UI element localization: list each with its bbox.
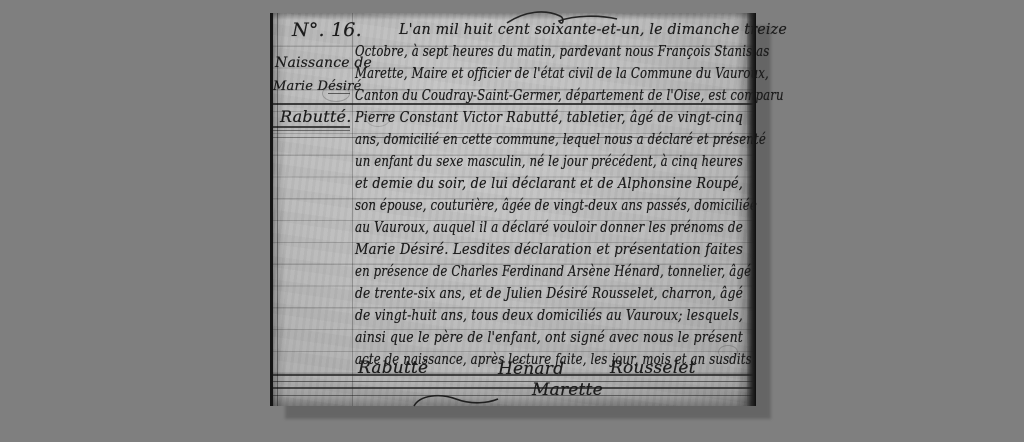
act-line: L'an mil huit cent soixante-et-un, le di… xyxy=(355,19,787,39)
signature-mayor: Marette xyxy=(532,380,603,400)
signature-witness1: Hénard xyxy=(498,359,564,379)
act-line: Octobre, à sept heures du matin, pardeva… xyxy=(355,41,743,61)
ruled-line xyxy=(270,381,756,382)
ruled-line xyxy=(270,395,756,396)
scan-background: N°. 16. Naissance de Marie Désiré Rabutt… xyxy=(0,0,1024,442)
margin-rule-line xyxy=(352,13,353,406)
margin-underline xyxy=(272,130,350,131)
cutoff-flourish xyxy=(410,393,500,407)
act-body: L'an mil huit cent soixante-et-un, le di… xyxy=(355,13,743,373)
act-line: Marie Désiré. Lesdites déclaration et pr… xyxy=(355,239,743,259)
ruled-line xyxy=(270,387,756,389)
act-line: de trente-six ans, et de Julien Désiré R… xyxy=(355,283,743,303)
act-line: au Vauroux, auquel il a déclaré vouloir … xyxy=(355,217,743,237)
binding-edge xyxy=(270,13,273,406)
act-line: ans, domicilié en cette commune, lequel … xyxy=(355,129,743,149)
act-line: Marette, Maire et officier de l'état civ… xyxy=(355,63,743,83)
page-right-edge xyxy=(747,13,756,406)
act-line: en présence de Charles Ferdinand Arsène … xyxy=(355,261,743,281)
act-line: Canton du Coudray-Saint-Germer, départem… xyxy=(355,85,743,105)
act-line: de vingt-huit ans, tous deux domiciliés … xyxy=(355,305,743,325)
act-line: et demie du soir, de lui déclarant et de… xyxy=(355,173,743,193)
ink-circle-doodle xyxy=(322,85,350,102)
register-page: N°. 16. Naissance de Marie Désiré Rabutt… xyxy=(270,13,756,406)
act-line: un enfant du sexe masculin, né le jour p… xyxy=(355,151,743,171)
ink-circle-doodle xyxy=(718,345,738,359)
act-line: Pierre Constant Victor Rabutté, tabletie… xyxy=(355,107,743,127)
margin-surname: Rabutté. xyxy=(280,107,352,126)
act-line: ainsi que le père de l'enfant, ont signé… xyxy=(355,327,743,347)
ink-circle-doodle xyxy=(366,111,390,127)
signature-father: Rabutté xyxy=(358,358,428,378)
margin-underline xyxy=(272,126,350,128)
binding-edge-inner xyxy=(277,13,278,406)
act-line: son épouse, couturière, âgée de vingt-de… xyxy=(355,195,743,215)
signature-witness2: Rousselet xyxy=(610,358,696,378)
